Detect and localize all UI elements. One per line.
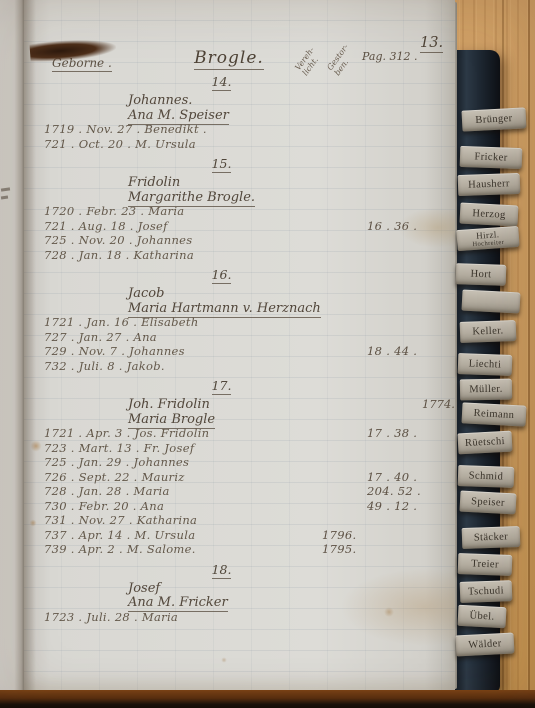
- index-tab-speiser: Speiser: [459, 491, 516, 515]
- index-tab-schmid: Schmid: [458, 465, 515, 488]
- index-tab-hort: Hort: [456, 263, 507, 286]
- birth-entry: 727 . Jan. 27 . Ana: [44, 330, 475, 344]
- birth-entry: 723 . Mart. 13 . Fr. Josef: [44, 441, 475, 455]
- birth-entry: 1719 . Nov. 27 . Benedikt .: [44, 122, 475, 136]
- birth-entry: 725 . Nov. 20 . Johannes: [44, 233, 475, 247]
- birth-entry: 721 . Aug. 18 . Josef16 . 36 .: [44, 219, 475, 233]
- birth-entry: 728 . Jan. 28 . Maria204. 52 .: [44, 484, 475, 498]
- previous-page-edge: [0, 0, 26, 695]
- section-number: 14.: [6, 74, 437, 89]
- birth-entry: 726 . Sept. 22 . Mauriz17 . 40 .: [44, 470, 475, 484]
- index-tab-übel: Übel.: [457, 605, 506, 628]
- birth-entry: 730 . Febr. 20 . Ana49 . 12 .: [44, 499, 475, 513]
- index-tab-hausherr: Hausherr: [458, 173, 521, 196]
- birth-entry: 1720 . Febr. 23 . Maria: [44, 204, 475, 218]
- index-tab-brünger: Brünger: [461, 107, 526, 131]
- birth-entry: 731 . Nov. 27 . Katharina: [44, 513, 475, 527]
- birth-entry: 1723 . Juli. 28 . Maria: [44, 610, 475, 624]
- birth-entry: 1721 . Apr. 3 . Jos. Fridolin17 . 38 .: [44, 426, 475, 440]
- index-tab-blank: [461, 289, 520, 313]
- cross-reference: 18 . 44 .: [367, 344, 417, 358]
- photo-of-register-book: Geborne . Brogle. Vereh- licht. Gestor- …: [0, 0, 535, 708]
- died-year-ref: 1795.: [322, 542, 356, 556]
- birth-entry: 729 . Nov. 7 . Johannes18 . 44 .: [44, 344, 475, 358]
- index-tab-rüetschi: Rüetschi: [457, 431, 512, 455]
- parent-name: Johannes.: [128, 93, 535, 108]
- book-bottom-edge: [0, 690, 535, 708]
- died-year-ref: 1774.: [422, 397, 455, 411]
- page-reference: Pag. 312 .: [362, 50, 418, 63]
- birth-entry: 725 . Jan. 29 . Johannes: [44, 455, 475, 469]
- index-tab-hirzl: Hirzl.Hochreiter: [456, 226, 519, 251]
- index-tab-liechti: Liechti: [458, 353, 513, 376]
- birth-entry: 721 . Oct. 20 . M. Ursula: [44, 137, 475, 151]
- cross-reference: 17 . 40 .: [367, 470, 417, 484]
- index-tab-stäcker: Stäcker: [462, 526, 521, 549]
- section-number: 15.: [6, 156, 437, 171]
- index-tab-tschudi: Tschudi: [460, 580, 513, 603]
- index-tab-müller: Müller.: [460, 379, 512, 401]
- birth-entry: 732 . Juli. 8 . Jakob.: [44, 359, 475, 373]
- cross-reference: 49 . 12 .: [367, 499, 417, 513]
- birth-entry: 737 . Apr. 14 . M. Ursula1796.: [44, 528, 475, 542]
- index-tab-wälder: Wälder: [455, 632, 514, 656]
- index-tab-treier: Treier: [458, 553, 513, 576]
- family-name-title: Brogle.: [154, 48, 304, 68]
- cross-reference: 16 . 36 .: [367, 219, 417, 233]
- section-number: 17.: [6, 378, 437, 393]
- folio-number: 13.: [420, 35, 443, 51]
- birth-entry: 1721 . Jan. 16 . Elisabeth: [44, 315, 475, 329]
- birth-entry: 739 . Apr. 2 . M. Salome.1795.: [44, 542, 475, 556]
- register-page: Geborne . Brogle. Vereh- licht. Gestor- …: [24, 0, 455, 690]
- cross-reference: 204. 52 .: [367, 484, 421, 498]
- column-label-died: Gestor- ben.: [326, 32, 366, 78]
- gutter-shadow: [24, 0, 36, 690]
- section-number: 16.: [6, 267, 437, 282]
- died-year-ref: 1796.: [322, 528, 356, 542]
- index-tab-keller: Keller.: [460, 320, 517, 343]
- index-tab-reimann: Reimann: [461, 402, 526, 426]
- index-tab-herzog: Herzog: [459, 202, 518, 226]
- cross-reference: 17 . 38 .: [367, 426, 417, 440]
- section-number: 18.: [6, 562, 437, 577]
- index-tab-fricker: Fricker: [460, 146, 523, 169]
- birth-entry: 728 . Jan. 18 . Katharina: [44, 248, 475, 262]
